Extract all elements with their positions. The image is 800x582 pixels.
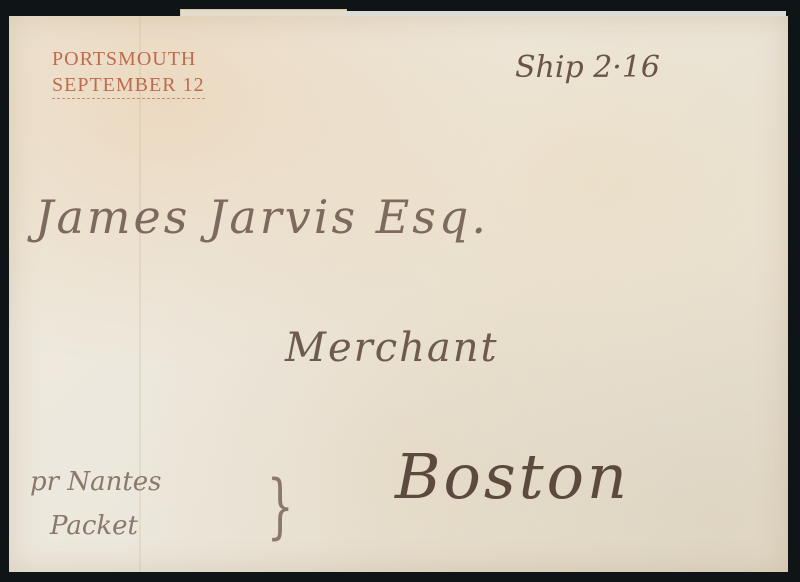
routing-endorsement: pr Nantes Packet — [30, 460, 162, 548]
routing-line-2: Packet — [30, 504, 162, 548]
addressee-name: James Jarvis Esq. — [35, 190, 489, 244]
ship-rate-marking: Ship 2·16 — [515, 50, 660, 85]
addressee-occupation: Merchant — [285, 325, 499, 371]
addressee-city: Boston — [395, 440, 630, 513]
handstamp-line-1: PORTSMOUTH — [52, 46, 205, 72]
portsmouth-handstamp: PORTSMOUTH SEPTEMBER 12 — [52, 46, 205, 99]
brace-mark: } — [267, 465, 294, 547]
handstamp-line-2: SEPTEMBER 12 — [52, 72, 205, 99]
routing-line-1: pr Nantes — [30, 460, 162, 504]
